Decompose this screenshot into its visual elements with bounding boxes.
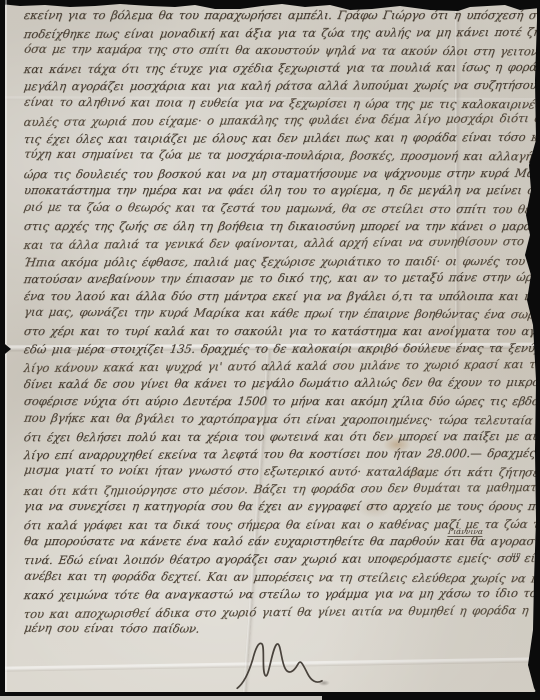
handwritten-line: υποκατάστημα την ημέρα και να φάει όλη τ… — [23, 182, 532, 200]
handwritten-line: για να συνεχίσει η κατηγορία σου θα έχει… — [23, 498, 532, 516]
interline-annotation: μη — [510, 551, 520, 559]
handwritten-line: δίνει καλά δε σου γίνει θα κάνει το μεγά… — [23, 374, 533, 394]
photo-background: εκείνη για το βόλεμα θα του παραχωρήσει … — [0, 0, 540, 700]
handwritten-line: σοφέρισε νύχια ότι αύριο Δευτέρα 1500 το… — [23, 393, 532, 411]
handwritten-line: ένα του λαού και άλλα δύο στη μάντρα εκε… — [23, 288, 532, 306]
handwritten-line: τύχη και σημαίνει τα ζώα με τα μοσχάρια-… — [23, 146, 532, 166]
handwritten-line: ώρα τις δουλειές του βοσκού και να μη στ… — [23, 165, 533, 184]
handwritten-line: και κάνει τάχα ότι της έτυχε για σχέδια … — [23, 59, 533, 79]
scanner-strip — [0, 696, 322, 700]
handwritten-line: ότι έχει θελήσει πολύ και τα χέρια του φ… — [23, 428, 533, 447]
letter-body: εκείνη για το βόλεμα θα του παραχωρήσει … — [24, 7, 531, 639]
handwritten-line: στις αρχές της ζωής σε όλη τη βοήθεια τη… — [23, 218, 532, 236]
handwritten-line: στο χέρι και το τυρί καλά και το σακούλι… — [23, 323, 532, 341]
interline-annotation: Γιάννινα — [447, 528, 483, 537]
handwritten-line: τινά. Εδώ είναι λοιπόν θέατρο αγοράζει σ… — [23, 550, 533, 570]
handwritten-line: εκείνη για το βόλεμα θα του παραχωρήσει … — [23, 7, 532, 25]
handwritten-line: ριό με τα ζώα ο θεωρός και τα ζεστά του … — [23, 199, 532, 219]
letter-paper: εκείνη για το βόλεμα θα του παραχωρήσει … — [5, 4, 537, 695]
handwritten-line: για μας, φωνάζει την κυρά Μαρίκα και κάθ… — [23, 304, 532, 324]
handwritten-line: που βγήκε και θα βγάλει το χαρτόπραγμα ό… — [23, 409, 532, 429]
signature-mark — [228, 631, 331, 695]
handwritten-line: πατούσαν ανεβαίνουν την έπιασαν με το δι… — [23, 269, 533, 289]
handwritten-line: όσα με την καμάρα της στο σπίτι θα ακουσ… — [23, 41, 532, 61]
handwritten-line: και τα άλλα παλιά τα γενικά δεν φαίνοντα… — [23, 233, 533, 255]
